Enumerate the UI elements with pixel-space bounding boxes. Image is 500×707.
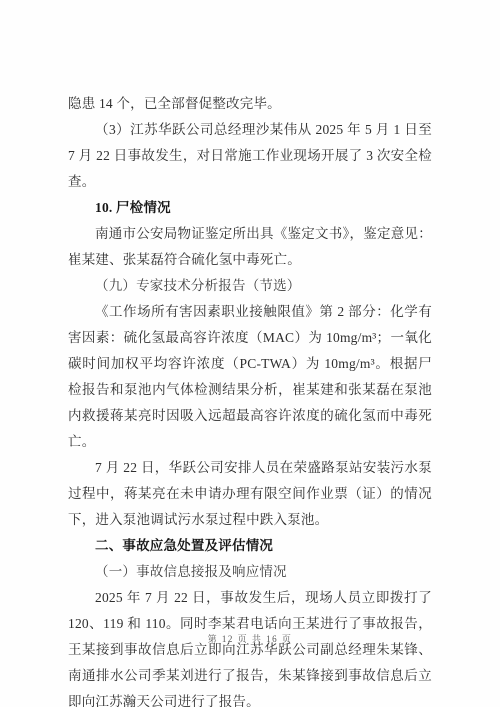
paragraph-exposure-limits-analysis: 《工作场所有害因素职业接触限值》第 2 部分：化学有害因素：硫化氢最高容许浓度（… [68, 299, 432, 455]
section-heading-autopsy: 10. 尸检情况 [68, 195, 432, 221]
paragraph-hazards-rectified: 隐患 14 个，已全部督促整改完毕。 [68, 91, 432, 117]
paragraph-emergency-calls-reporting: 2025 年 7 月 22 日，事故发生后，现场人员立即拨打了 120、119 … [68, 585, 432, 707]
section-heading-emergency-response: 二、事故应急处置及评估情况 [68, 533, 432, 559]
page-number: 第 12 页 共 16 页 [0, 632, 500, 645]
subsection-heading-information-reporting: （一）事故信息接报及响应情况 [68, 559, 432, 585]
subsection-heading-expert-analysis-report: （九）专家技术分析报告（节选） [68, 273, 432, 299]
document-body: 隐患 14 个，已全部督促整改完毕。 （3）江苏华跃公司总经理沙某伟从 2025… [68, 91, 432, 707]
paragraph-safety-inspections: （3）江苏华跃公司总经理沙某伟从 2025 年 5 月 1 日至 7 月 22 … [68, 117, 432, 195]
paragraph-incident-description: 7 月 22 日，华跃公司安排人员在荣盛路泵站安装污水泵过程中，蒋某亮在未申请办… [68, 455, 432, 533]
document-page: 隐患 14 个，已全部督促整改完毕。 （3）江苏华跃公司总经理沙某伟从 2025… [0, 0, 500, 707]
paragraph-autopsy-conclusion: 南通市公安局物证鉴定所出具《鉴定文书》，鉴定意见：崔某建、张某磊符合硫化氢中毒死… [68, 221, 432, 273]
